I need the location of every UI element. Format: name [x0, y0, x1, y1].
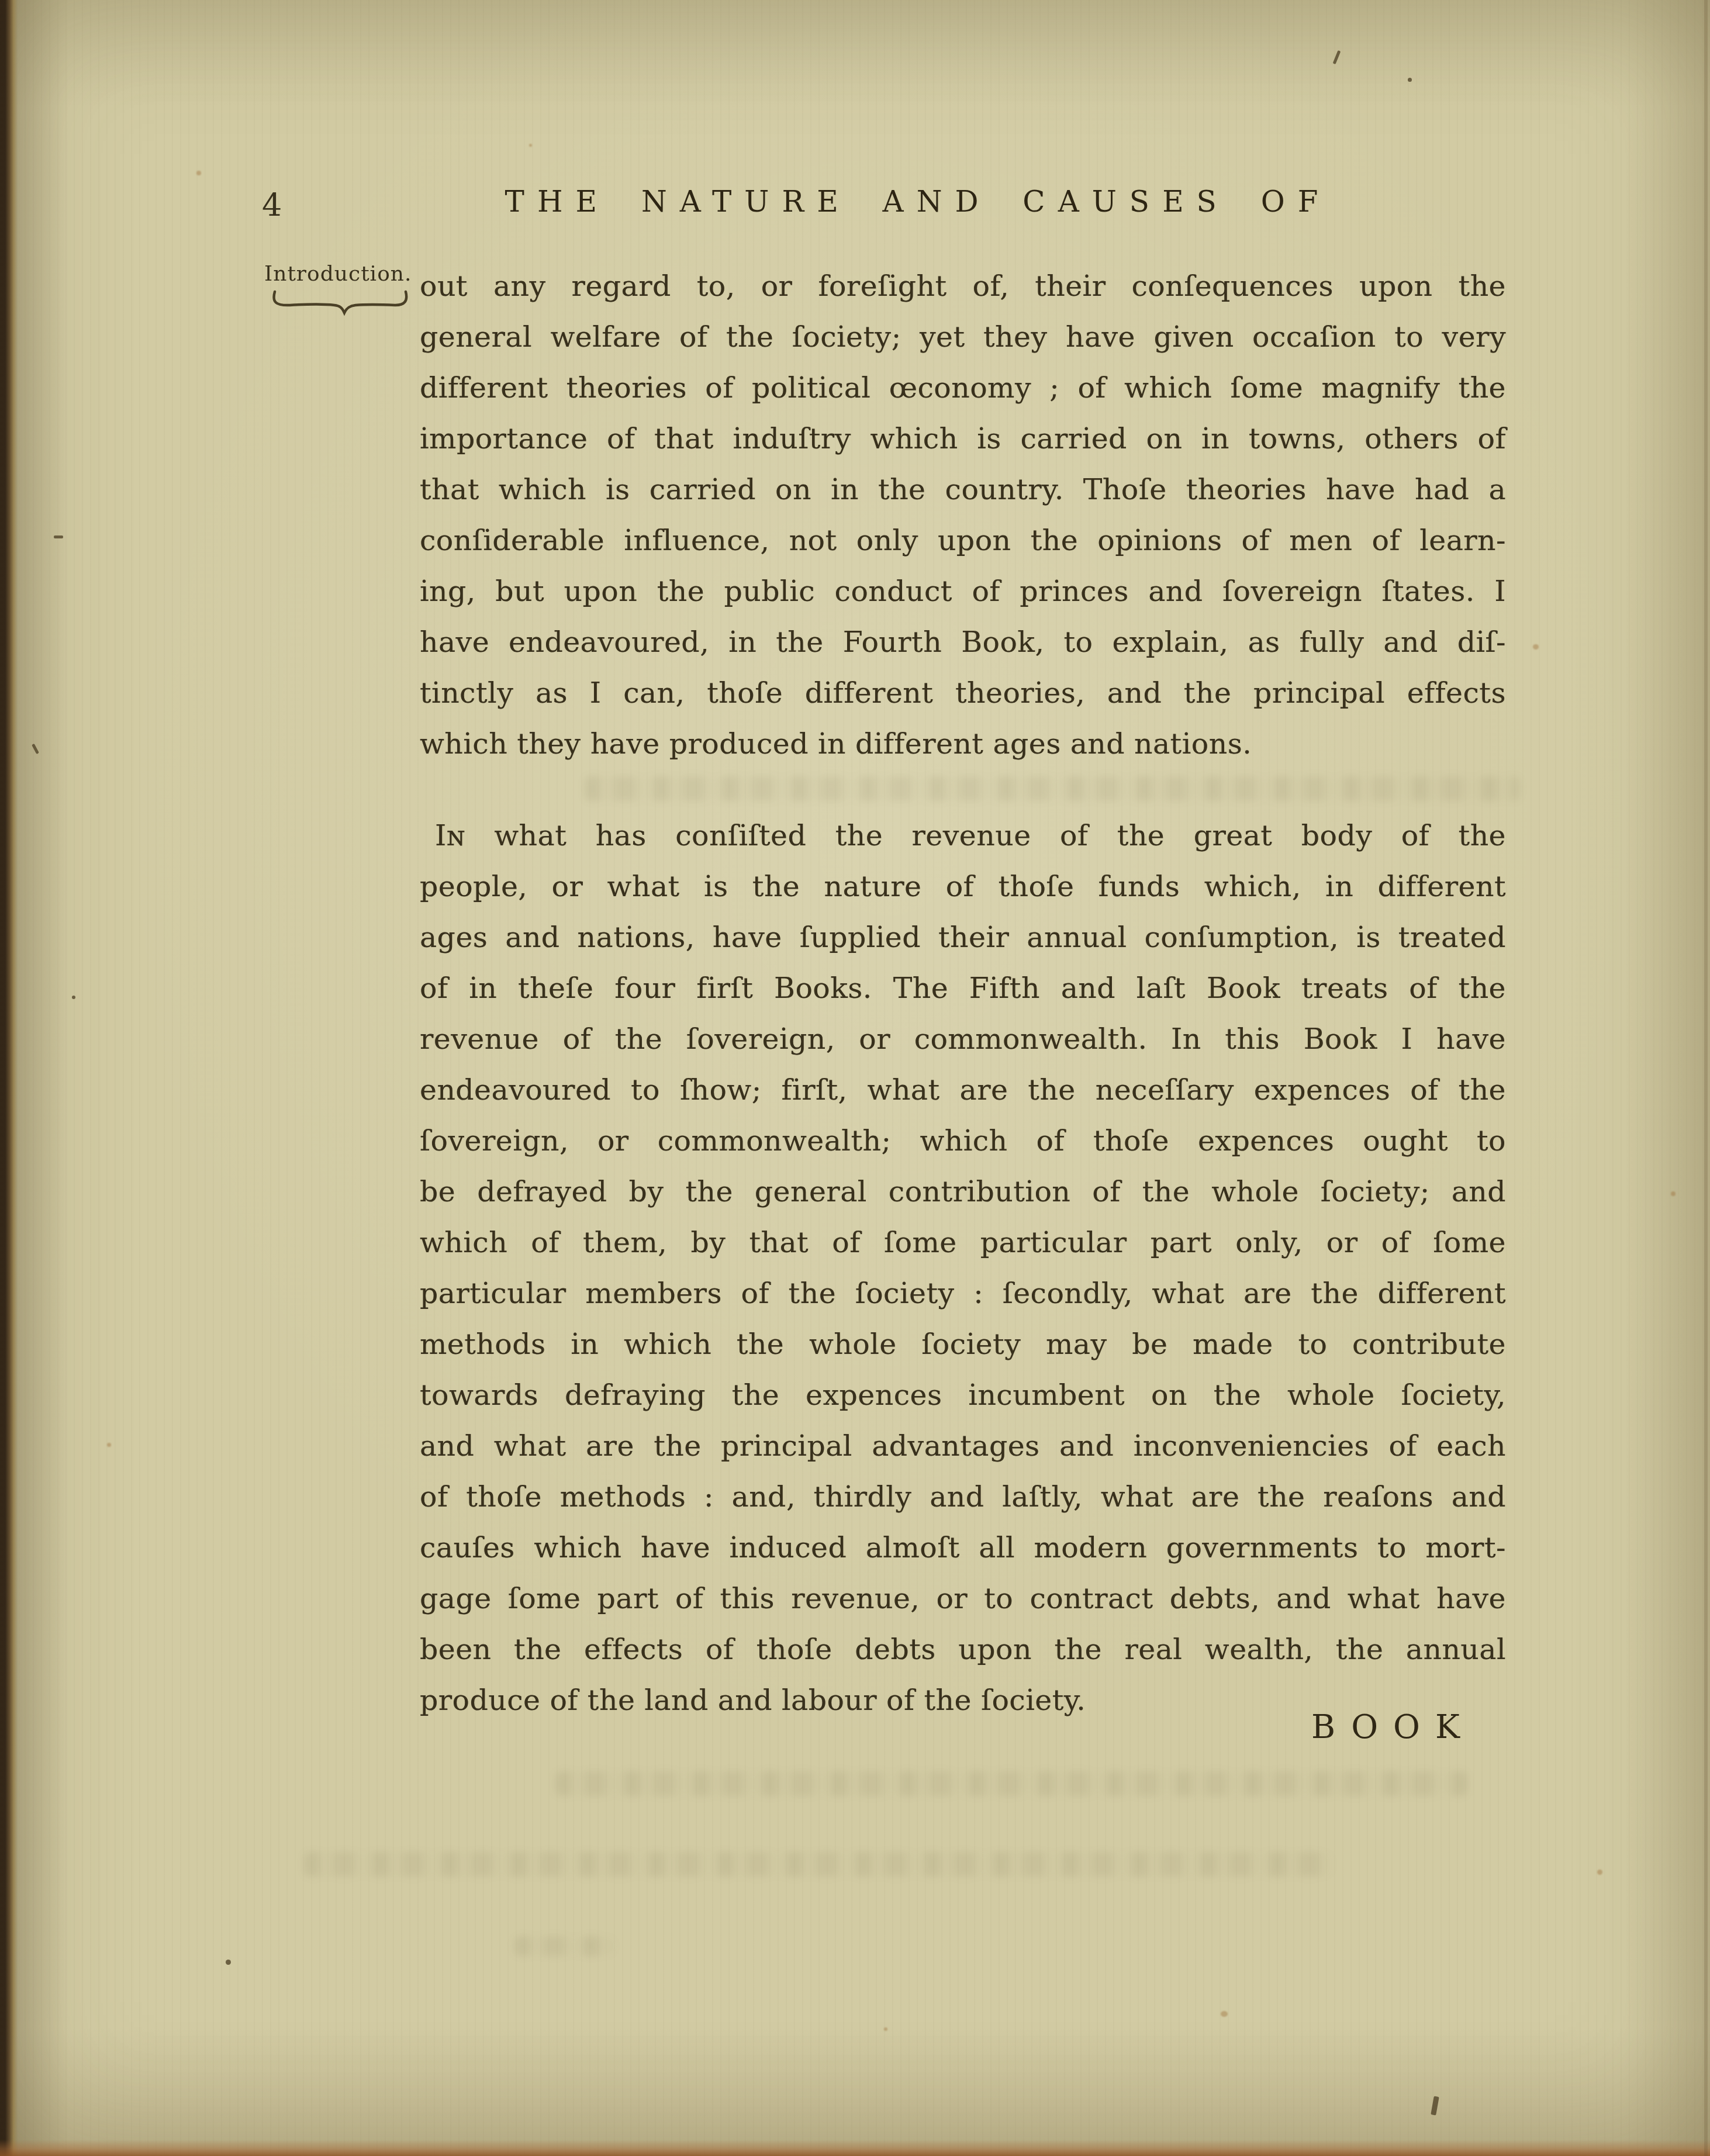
text-line: been the effects of thoſe debts upon the… — [420, 1624, 1506, 1675]
paper-speck — [196, 171, 201, 175]
text-line: out any regard to, or foreſight of, thei… — [420, 261, 1506, 312]
ink-speck — [1333, 50, 1341, 64]
paper-speck — [1533, 644, 1539, 649]
text-line: tinctly as I can, thoſe different theori… — [420, 668, 1506, 718]
text-line: revenue of the ſovereign, or commonwealt… — [420, 1014, 1506, 1065]
paper-speck — [529, 144, 532, 147]
text-line: have endeavoured, in the Fourth Book, to… — [420, 617, 1506, 668]
ink-speck — [226, 1960, 231, 1965]
text-line: ages and nations, have ſupplied their an… — [420, 912, 1506, 963]
text-line: and what are the principal advantages an… — [420, 1421, 1506, 1471]
text-line: importance of that induſtry which is car… — [420, 413, 1506, 464]
text-line: particular members of the ſociety : ſeco… — [420, 1268, 1506, 1319]
text-line: endeavoured to ſhow; firſt, what are the… — [420, 1065, 1506, 1115]
show-through-ghost — [304, 1852, 1333, 1877]
book-page-scan: 4 THE NATURE AND CAUSES OF Introduction.… — [0, 0, 1710, 2156]
text-line: of thoſe methods : and, thirdly and laſt… — [420, 1471, 1506, 1522]
paper-speck — [1671, 1191, 1676, 1196]
show-through-ghost — [585, 776, 1520, 801]
text-line: be defrayed by the general contribution … — [420, 1166, 1506, 1217]
body-text: out any regard to, or foreſight of, thei… — [420, 261, 1506, 1726]
text-line: Iɴ what has conſiſted the revenue of the… — [420, 810, 1506, 861]
text-line: towards defraying the expences incumbent… — [420, 1370, 1506, 1421]
paragraph-2: Iɴ what has conſiſted the revenue of the… — [420, 810, 1506, 1726]
catchword: BOOK — [1311, 1708, 1475, 1746]
text-line: that which is carried on in the country.… — [420, 464, 1506, 515]
ink-speck — [1408, 78, 1412, 82]
text-line: ing, but upon the public conduct of prin… — [420, 566, 1506, 617]
paper-speck — [884, 2027, 887, 2031]
ink-speck — [54, 535, 63, 538]
page-number: 4 — [262, 187, 282, 224]
binding-edge — [0, 0, 18, 2156]
text-line: people, or what is the nature of thoſe f… — [420, 861, 1506, 912]
text-line: which they have produced in different ag… — [420, 718, 1506, 769]
margin-note: Introduction. — [264, 262, 445, 316]
underbrace-icon — [270, 288, 409, 316]
text-line: of in theſe four firſt Books. The Fifth … — [420, 963, 1506, 1014]
text-line: conſiderable influence, not only upon th… — [420, 515, 1506, 566]
text-line: gage ſome part of this revenue, or to co… — [420, 1573, 1506, 1624]
text-line: different theories of political œconomy … — [420, 362, 1506, 413]
show-through-ghost — [514, 1936, 614, 1956]
page-right-edge — [1704, 0, 1708, 2156]
paper-speck — [1221, 2011, 1228, 2017]
ink-speck — [72, 996, 75, 999]
paragraph-1: out any regard to, or foreſight of, thei… — [420, 261, 1506, 769]
text-line: which of them, by that of ſome particula… — [420, 1217, 1506, 1268]
text-line: cauſes which have induced almoſt all mod… — [420, 1522, 1506, 1573]
text-line: ſovereign, or commonwealth; which of tho… — [420, 1115, 1506, 1166]
text-line: methods in which the whole ſociety may b… — [420, 1319, 1506, 1370]
ink-speck — [32, 744, 39, 754]
show-through-ghost — [555, 1771, 1467, 1796]
running-header: THE NATURE AND CAUSES OF — [427, 185, 1409, 219]
paper-speck — [1597, 1870, 1602, 1875]
margin-note-label: Introduction. — [264, 262, 445, 286]
ink-speck — [1431, 2096, 1439, 2115]
text-line: general welfare of the ſociety; yet they… — [420, 312, 1506, 362]
page-bottom-edge — [0, 2140, 1710, 2156]
paper-speck — [107, 1443, 111, 1447]
